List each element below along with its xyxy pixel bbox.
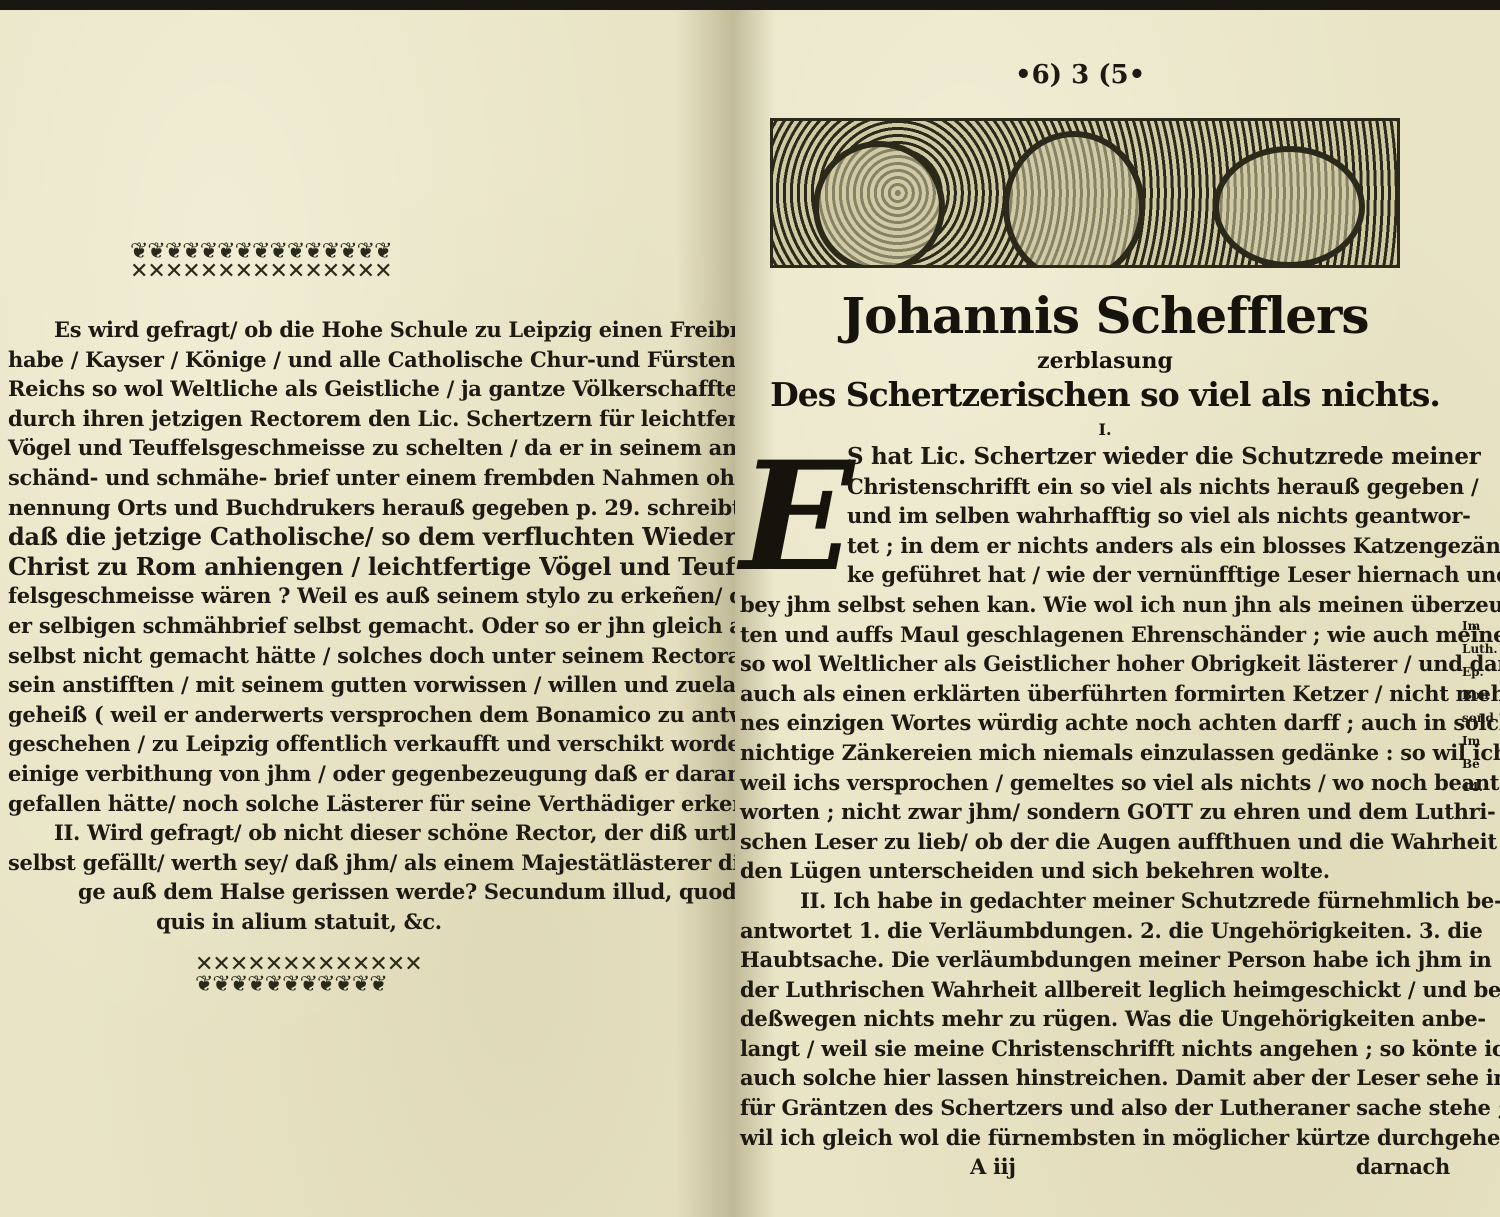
text-line: den Lügen unterscheiden und sich bekehre…	[740, 856, 1460, 886]
chapter-title-line2: Des Schertzerischen so viel als nichts.	[735, 375, 1475, 414]
signature-mark: A iij	[970, 1152, 1016, 1182]
text-line: gefallen hätte/ noch solche Lästerer für…	[8, 789, 730, 819]
text-line: und im selben wahrhafftig so viel als ni…	[740, 501, 1460, 531]
marginal-note: Be	[1462, 753, 1500, 776]
text-line: einige verbithung von jhm / oder gegenbe…	[8, 759, 730, 789]
marginal-note: sond	[1462, 707, 1500, 730]
left-page-body: Es wird gefragt/ ob die Hohe Schule zu L…	[8, 315, 730, 936]
text-line: wil ich gleich wol die fürnembsten in mö…	[740, 1123, 1460, 1153]
text-line: auch solche hier lassen hinstreichen. Da…	[740, 1063, 1460, 1093]
text-line: II. Ich habe in gedachter meiner Schutzr…	[740, 886, 1460, 916]
text-line: Christ zu Rom anhiengen / leichtfertige …	[8, 552, 730, 582]
text-line: auch als einen erklärten überführten for…	[740, 679, 1460, 709]
text-line: nichtige Zänkereien mich niemals einzula…	[740, 738, 1460, 768]
marginal-note: Luth.	[1462, 638, 1500, 661]
text-line: tet ; in dem er nichts anders als ein bl…	[740, 531, 1460, 561]
text-line: weil ichs versprochen / gemeltes so viel…	[740, 768, 1460, 798]
text-line: langt / weil sie meine Christenschrifft …	[740, 1034, 1460, 1064]
right-page-body: S hat Lic. Schertzer wieder die Schutzre…	[740, 442, 1460, 1182]
text-line: geheiß ( weil er anderwerts versprochen …	[8, 700, 730, 730]
page-header: •6) 3 (5•	[1015, 60, 1145, 90]
text-line: Es wird gefragt/ ob die Hohe Schule zu L…	[8, 315, 730, 345]
text-line: ge auß dem Halse gerissen werde? Secundu…	[8, 877, 730, 907]
text-line: ke geführet hat / wie der vernünfftige L…	[740, 560, 1460, 590]
text-line: selbst nicht gemacht hätte / solches doc…	[8, 641, 730, 671]
text-line: quis in alium statuit, &c.	[8, 907, 730, 937]
marginal-notes: Im Luth. Ep. Bon sond Im Be 14.	[1462, 615, 1500, 799]
text-line: Vögel und Teuffelsgeschmeisse zu schelte…	[8, 433, 730, 463]
marginal-note: 14.	[1462, 776, 1500, 799]
marginal-note: Im	[1462, 730, 1500, 753]
scroll-ornament-icon	[813, 141, 945, 268]
marginal-note: Ep.	[1462, 661, 1500, 684]
text-line: geschehen / zu Leipzig offentlich verkau…	[8, 729, 730, 759]
chapter-title: Johannis Schefflers	[735, 286, 1475, 345]
page-footer: A iij darnach	[740, 1152, 1460, 1182]
ornamental-headpiece	[770, 118, 1400, 268]
text-line: antwortet 1. die Verläumbdungen. 2. die …	[740, 916, 1460, 946]
text-line: so wol Weltlicher als Geistlicher hoher …	[740, 649, 1460, 679]
text-line: er selbigen schmähbrief selbst gemacht. …	[8, 611, 730, 641]
scroll-ornament-icon	[1003, 131, 1145, 268]
marginal-note: Im	[1462, 615, 1500, 638]
text-line: der Luthrischen Wahrheit allbereit legli…	[740, 975, 1460, 1005]
text-line: felsgeschmeisse wären ? Weil es auß sein…	[8, 581, 730, 611]
text-line: selbst gefällt/ werth sey/ daß jhm/ als …	[8, 848, 730, 878]
text-line: schen Leser zu lieb/ ob der die Augen au…	[740, 827, 1460, 857]
text-line: worten ; nicht zwar jhm/ sondern GOTT zu…	[740, 797, 1460, 827]
right-page: •6) 3 (5• Johannis Schefflers zerblasung…	[735, 10, 1500, 1217]
text-line: nennung Orts und Buchdrukers herauß gege…	[8, 493, 730, 523]
text-line: durch ihren jetzigen Rectorem den Lic. S…	[8, 404, 730, 434]
text-line: deßwegen nichts mehr zu rügen. Was die U…	[740, 1004, 1460, 1034]
text-line: bey jhm selbst sehen kan. Wie wol ich nu…	[740, 590, 1460, 620]
text-line: S hat Lic. Schertzer wieder die Schutzre…	[740, 442, 1460, 472]
text-line: Reichs so wol Weltliche als Geistliche /…	[8, 374, 730, 404]
text-line: Christenschrifft ein so viel als nichts …	[740, 472, 1460, 502]
text-line: nes einzigen Wortes würdig achte noch ac…	[740, 708, 1460, 738]
text-line: schänd- und schmähe- brief unter einem f…	[8, 463, 730, 493]
scroll-ornament-icon	[1213, 146, 1365, 268]
text-line: habe / Kayser / Könige / und alle Cathol…	[8, 345, 730, 375]
text-line: sein anstifften / mit seinem gutten vorw…	[8, 670, 730, 700]
text-line: Haubtsache. Die verläumbdungen meiner Pe…	[740, 945, 1460, 975]
text-line: für Gräntzen des Schertzers und also der…	[740, 1093, 1460, 1123]
catchword: darnach	[1356, 1152, 1450, 1182]
chapter-subtitle: zerblasung	[735, 348, 1475, 374]
text-line: ten und auffs Maul geschlagenen Ehrensch…	[740, 620, 1460, 650]
text-line: daß die jetzige Catholische/ so dem verf…	[8, 522, 730, 552]
top-ornament-band: ❦❦❦❦❦❦❦❦❦❦❦❦❦❦❦ ✕✕✕✕✕✕✕✕✕✕✕✕✕✕✕	[130, 242, 580, 282]
text-line: II. Wird gefragt/ ob nicht dieser schöne…	[8, 818, 730, 848]
book-spread: ❦❦❦❦❦❦❦❦❦❦❦❦❦❦❦ ✕✕✕✕✕✕✕✕✕✕✕✕✕✕✕ Es wird …	[0, 10, 1500, 1217]
left-page: ❦❦❦❦❦❦❦❦❦❦❦❦❦❦❦ ✕✕✕✕✕✕✕✕✕✕✕✕✕✕✕ Es wird …	[0, 10, 735, 1217]
bottom-ornament-band: ✕✕✕✕✕✕✕✕✕✕✕✕✕ ❦❦❦❦❦❦❦❦❦❦❦	[195, 955, 545, 995]
marginal-note: Bon	[1462, 684, 1500, 707]
